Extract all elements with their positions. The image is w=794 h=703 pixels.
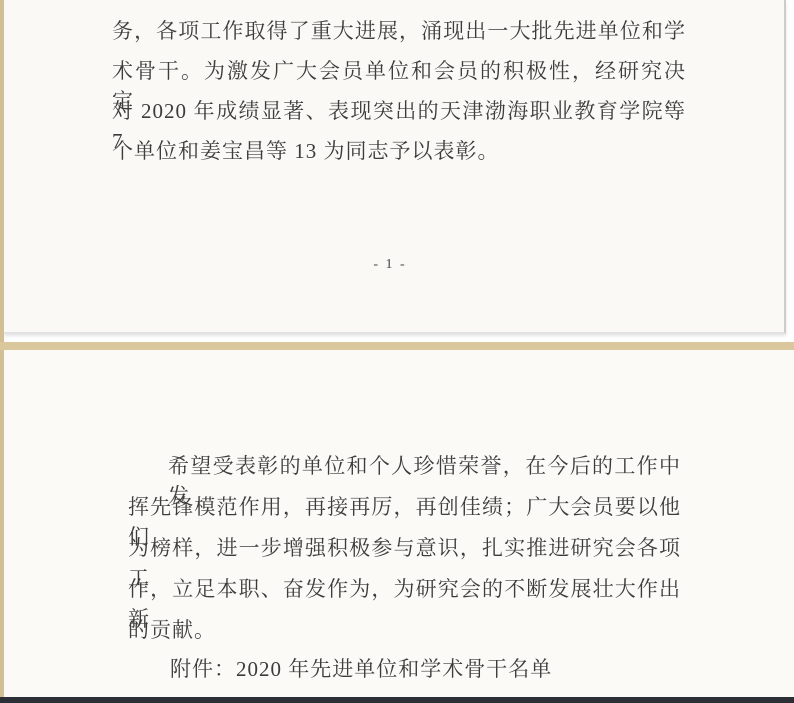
page2-attachment-line: 附件：2020 年先进单位和学术骨干名单 [170, 654, 730, 684]
bottom-dark-bar [0, 697, 794, 703]
page1-sheet [4, 0, 786, 334]
scanned-document-view: 务，各项工作取得了重大进展，涌现出一大批先进单位和学 术骨干。为激发广大会员单位… [0, 0, 794, 703]
page-divider-band [0, 342, 794, 350]
page2-paragraph-line-5: 的贡献。 [128, 615, 681, 645]
page1-paragraph-line-4: 个单位和姜宝昌等 13 为同志予以表彰。 [112, 136, 686, 166]
page1-paragraph-line-1: 务，各项工作取得了重大进展，涌现出一大批先进单位和学 [112, 16, 686, 46]
page1-page-number: - 1 - [358, 257, 422, 273]
